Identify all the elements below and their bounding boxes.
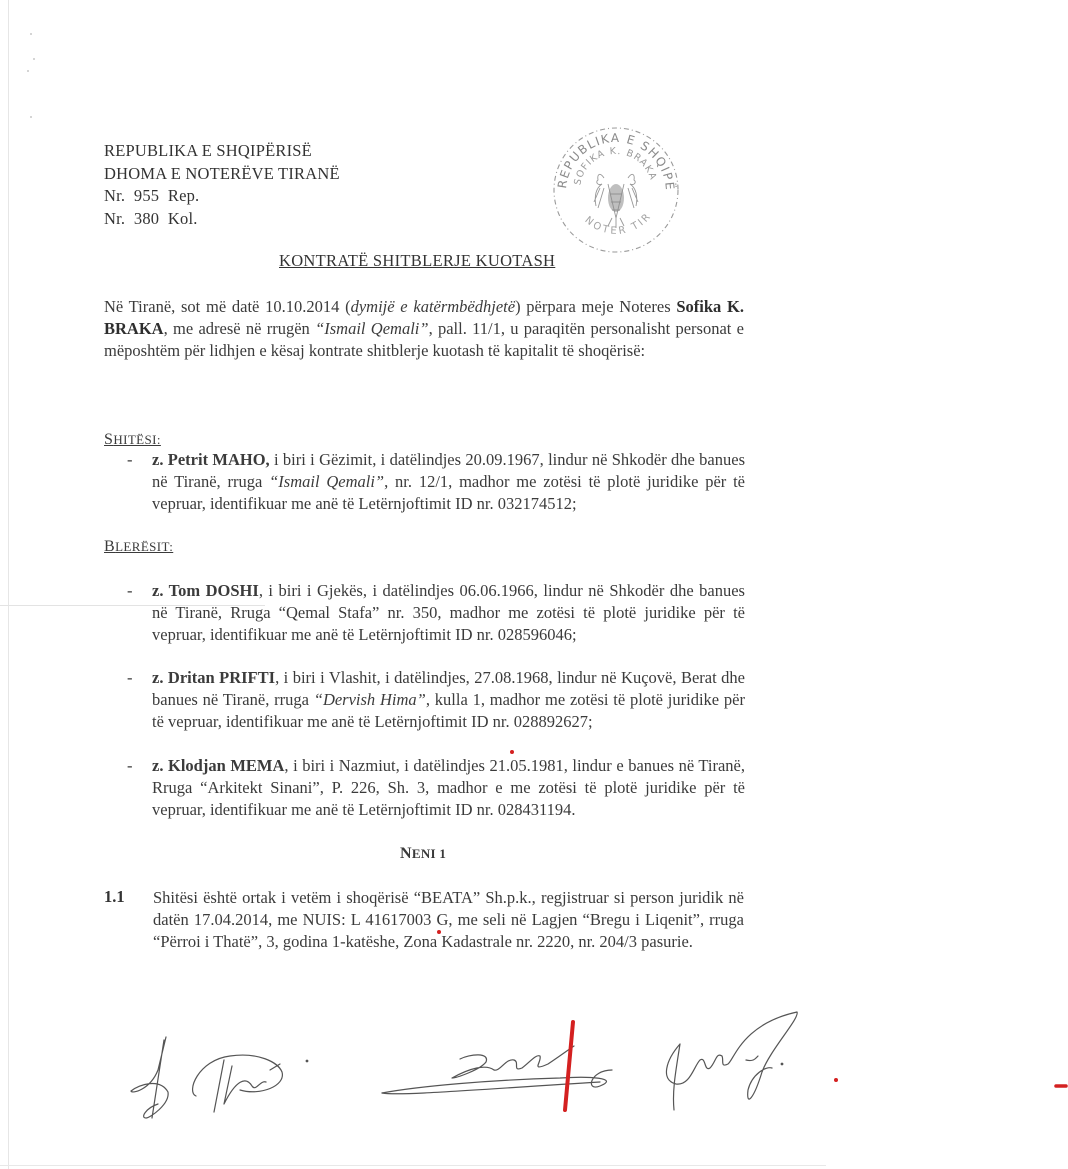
scan-edge-line (8, 0, 9, 1169)
notary-header: REPUBLIKA E SHQIPËRISË DHOMA E NOTERËVE … (104, 140, 340, 230)
scan-speck (30, 33, 32, 35)
signature-3 (382, 1046, 612, 1094)
clause-text: Shitësi është ortak i vetëm i shoqërisë … (153, 887, 744, 953)
buyer-entry: - z. Klodjan MEMA, i biri i Nazmiut, i d… (127, 755, 745, 821)
header-kol-number: Nr. 380 Kol. (104, 208, 340, 231)
scan-speck (33, 58, 35, 60)
header-rep-number: Nr. 955 Rep. (104, 185, 340, 208)
party-name: z. Dritan PRIFTI (152, 668, 275, 687)
seller-entry: - z. Petrit MAHO, i biri i Gëzimit, i da… (127, 449, 745, 515)
signature-2 (193, 1055, 308, 1112)
list-dash: - (127, 755, 147, 777)
buyers-heading: BLERËSIT: (104, 538, 173, 556)
signature-1 (131, 1037, 168, 1118)
red-strike-mark (565, 1022, 573, 1110)
clause-number: 1.1 (104, 887, 125, 907)
notary-stamp-icon: REPUBLIKA E SHQIPËRISË SOFIKA K. BRAKA N… (548, 122, 684, 258)
buyer-entry: - z. Tom DOSHI, i biri i Gjekës, i datël… (127, 580, 745, 646)
document-page: REPUBLIKA E SHQIPËRISË DHOMA E NOTERËVE … (0, 0, 1068, 1169)
scan-speck (27, 70, 29, 72)
red-pen-dot (834, 1078, 838, 1082)
date-in-words: dymijë e katërmbëdhjetë (351, 297, 515, 316)
notary-street: “Ismail Qemali” (315, 319, 428, 338)
article-heading: NENI 1 (400, 845, 446, 863)
signature-4 (666, 1012, 797, 1110)
party-name: z. Tom DOSHI (152, 581, 259, 600)
list-dash: - (127, 449, 147, 471)
party-name: z. Petrit MAHO, (152, 450, 270, 469)
document-title: KONTRATË SHITBLERJE KUOTASH (279, 251, 555, 271)
sellers-heading: SHITËSI: (104, 431, 161, 449)
header-chamber: DHOMA E NOTERËVE TIRANË (104, 163, 340, 186)
header-republic: REPUBLIKA E SHQIPËRISË (104, 140, 340, 163)
signatures-area (0, 1000, 1068, 1169)
list-dash: - (127, 667, 147, 689)
scan-speck (30, 116, 32, 118)
buyer-entry: - z. Dritan PRIFTI, i biri i Vlashit, i … (127, 667, 745, 733)
red-pen-mark (510, 750, 514, 754)
party-name: z. Klodjan MEMA (152, 756, 284, 775)
list-dash: - (127, 580, 147, 602)
intro-paragraph: Në Tiranë, sot më datë 10.10.2014 (dymij… (104, 296, 744, 362)
